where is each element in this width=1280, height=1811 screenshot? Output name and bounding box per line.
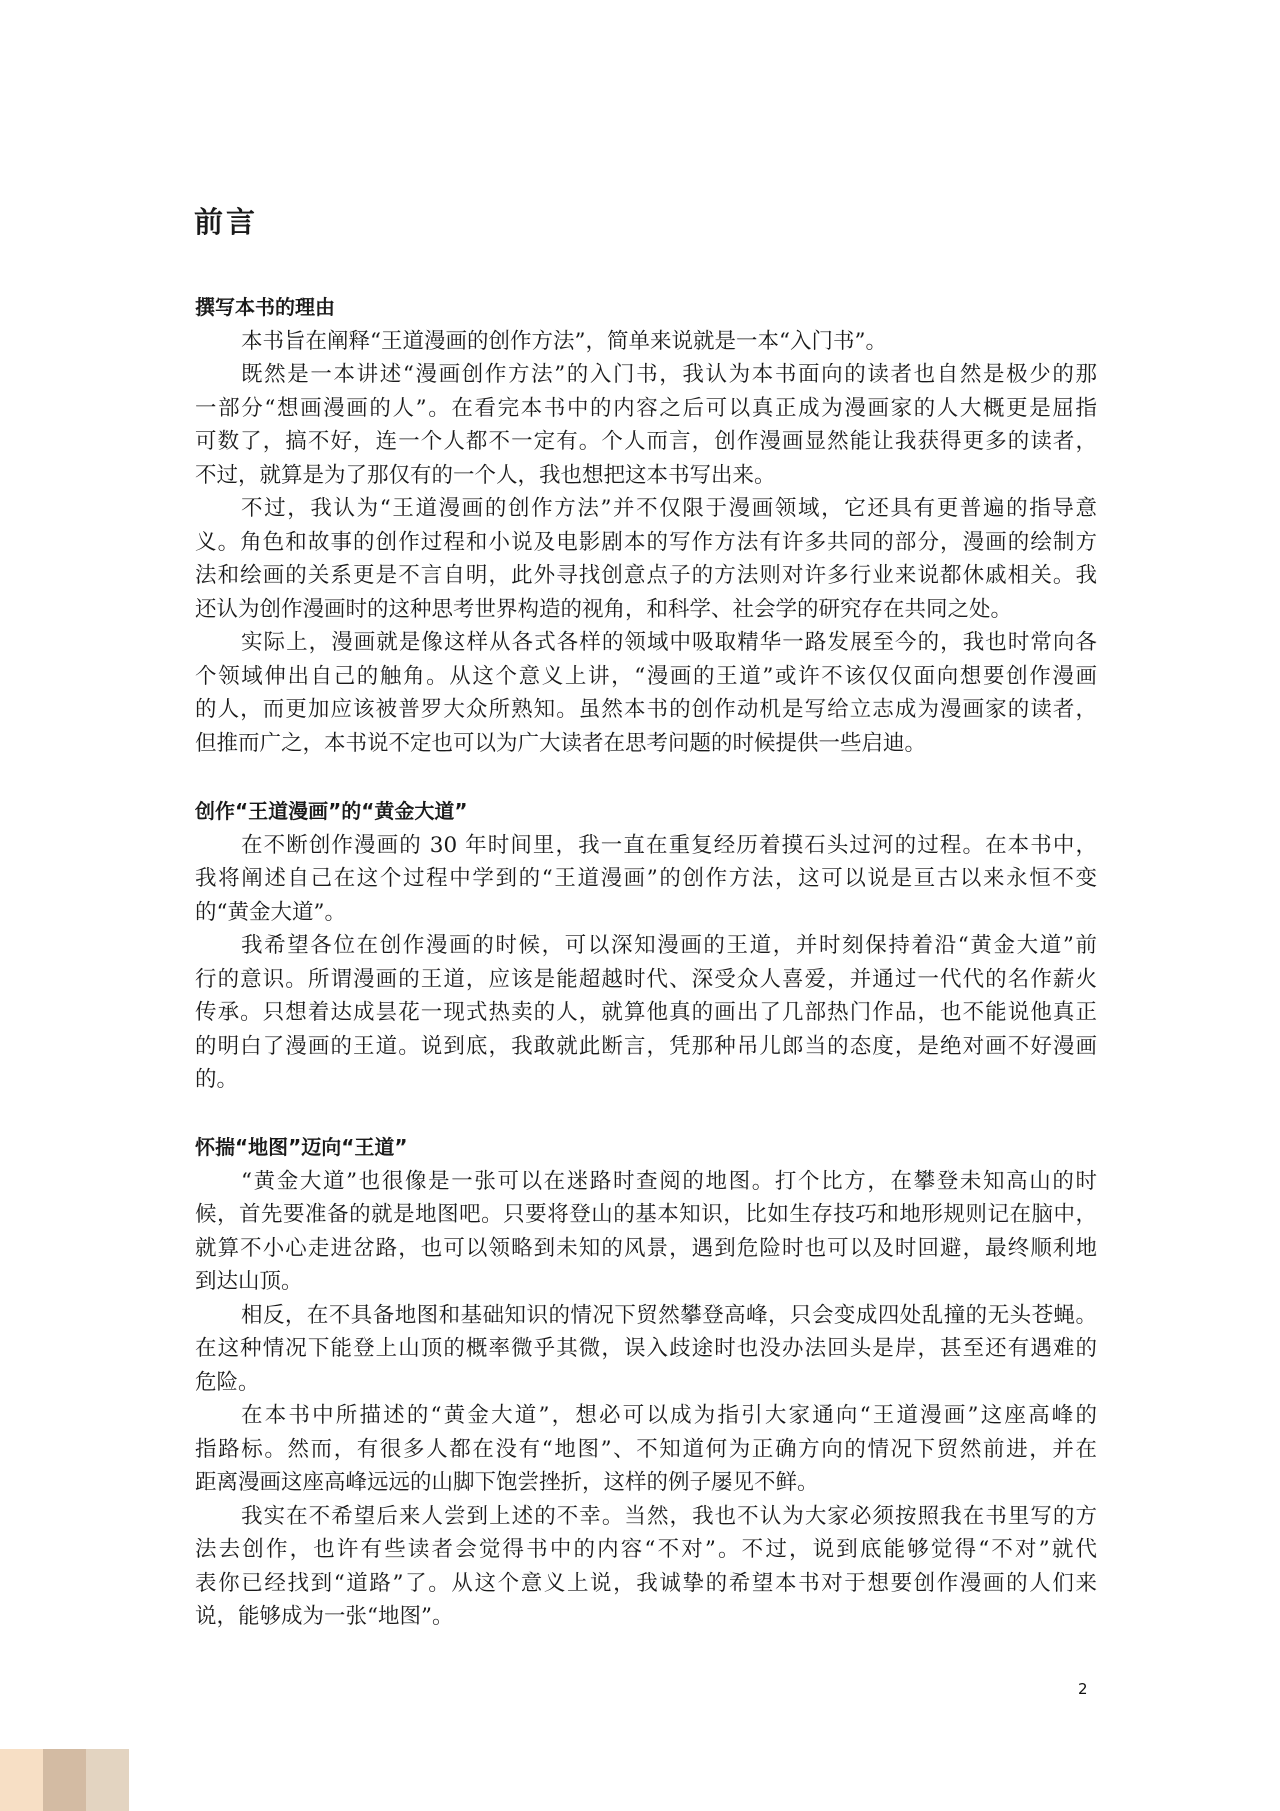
paragraph: 在本书中所描述的“黄金大道”，想必可以成为指引大家通向“王道漫画”这座高峰的 指… [195, 1399, 1097, 1500]
text-line: 危险。 [195, 1366, 1097, 1400]
section-heading: 怀揣“地图”迈向“王道” [195, 1131, 1097, 1165]
text-line: 义。角色和故事的创作过程和小说及电影剧本的写作方法有许多共同的部分，漫画的绘制方 [195, 526, 1097, 560]
color-bar [86, 1749, 129, 1811]
decorative-color-bars [0, 1749, 129, 1811]
text-line: 不过，就算是为了那仅有的一个人，我也想把这本书写出来。 [195, 459, 1097, 493]
text-line: 的“黄金大道”。 [195, 896, 1097, 930]
text-line: 的。 [195, 1063, 1097, 1097]
text-line: 法去创作，也许有些读者会觉得书中的内容“不对”。不过，说到底能够觉得“不对”就代 [195, 1533, 1097, 1567]
text-line: 还认为创作漫画时的这种思考世界构造的视角，和科学、社会学的研究存在共同之处。 [195, 593, 1097, 627]
color-bar [0, 1749, 43, 1811]
text-line: 一部分“想画漫画的人”。在看完本书中的内容之后可以真正成为漫画家的人大概更是屈指 [195, 392, 1097, 426]
color-bar [43, 1749, 86, 1811]
text-line: 到达山顶。 [195, 1265, 1097, 1299]
text-line: 行的意识。所谓漫画的王道，应该是能超越时代、深受众人喜爱，并通过一代代的名作薪火 [195, 963, 1097, 997]
text-line: 就算不小心走进岔路，也可以领略到未知的风景，遇到危险时也可以及时回避，最终顺利地 [195, 1232, 1097, 1266]
text-line: 说，能够成为一张“地图”。 [195, 1600, 1097, 1634]
page-number: 2 [1078, 1680, 1088, 1698]
text-line: “黄金大道”也很像是一张可以在迷路时查阅的地图。打个比方，在攀登未知高山的时 [195, 1165, 1097, 1199]
paragraph: 相反，在不具备地图和基础知识的情况下贸然攀登高峰，只会变成四处乱撞的无头苍蝇。 … [195, 1299, 1097, 1400]
section-golden-road: 创作“王道漫画”的“黄金大道” 在不断创作漫画的 30 年时间里，我一直在重复经… [195, 795, 1097, 1097]
paragraph: “黄金大道”也很像是一张可以在迷路时查阅的地图。打个比方，在攀登未知高山的时 候… [195, 1165, 1097, 1299]
text-line: 在本书中所描述的“黄金大道”，想必可以成为指引大家通向“王道漫画”这座高峰的 [195, 1399, 1097, 1433]
text-line: 我实在不希望后来人尝到上述的不幸。当然，我也不认为大家必须按照我在书里写的方 [195, 1500, 1097, 1534]
paragraph: 我实在不希望后来人尝到上述的不幸。当然，我也不认为大家必须按照我在书里写的方 法… [195, 1500, 1097, 1634]
paragraph: 在不断创作漫画的 30 年时间里，我一直在重复经历着摸石头过河的过程。在本书中，… [195, 829, 1097, 930]
text-line: 的人，而更加应该被普罗大众所熟知。虽然本书的创作动机是写给立志成为漫画家的读者， [195, 693, 1097, 727]
section-map-to-kingship: 怀揣“地图”迈向“王道” “黄金大道”也很像是一张可以在迷路时查阅的地图。打个比… [195, 1131, 1097, 1634]
text-line: 既然是一本讲述“漫画创作方法”的入门书，我认为本书面向的读者也自然是极少的那 [195, 358, 1097, 392]
page-title: 前言 [194, 204, 258, 240]
paragraph: 本书旨在阐释“王道漫画的创作方法”，简单来说就是一本“入门书”。 [195, 325, 1097, 359]
text-line: 实际上，漫画就是像这样从各式各样的领域中吸取精华一路发展至今的，我也时常向各 [195, 626, 1097, 660]
paragraph: 我希望各位在创作漫画的时候，可以深知漫画的王道，并时刻保持着沿“黄金大道”前 行… [195, 929, 1097, 1097]
text-line: 的明白了漫画的王道。说到底，我敢就此断言，凭那种吊儿郎当的态度，是绝对画不好漫画 [195, 1030, 1097, 1064]
text-line: 相反，在不具备地图和基础知识的情况下贸然攀登高峰，只会变成四处乱撞的无头苍蝇。 [195, 1299, 1097, 1333]
text-line: 传承。只想着达成昙花一现式热卖的人，就算他真的画出了几部热门作品，也不能说他真正 [195, 996, 1097, 1030]
text-line: 个领域伸出自己的触角。从这个意义上讲，“漫画的王道”或许不该仅仅面向想要创作漫画 [195, 660, 1097, 694]
text-line: 不过，我认为“王道漫画的创作方法”并不仅限于漫画领域，它还具有更普遍的指导意 [195, 492, 1097, 526]
text-line: 我将阐述自己在这个过程中学到的“王道漫画”的创作方法，这可以说是亘古以来永恒不变 [195, 862, 1097, 896]
text-line: 候，首先要准备的就是地图吧。只要将登山的基本知识，比如生存技巧和地形规则记在脑中… [195, 1198, 1097, 1232]
text-line: 指路标。然而，有很多人都在没有“地图”、不知道何为正确方向的情况下贸然前进，并在 [195, 1433, 1097, 1467]
text-line: 在这种情况下能登上山顶的概率微乎其微，误入歧途时也没办法回头是岸，甚至还有遇难的 [195, 1332, 1097, 1366]
section-heading: 撰写本书的理由 [195, 291, 1097, 325]
text-line: 我希望各位在创作漫画的时候，可以深知漫画的王道，并时刻保持着沿“黄金大道”前 [195, 929, 1097, 963]
text-line: 表你已经找到“道路”了。从这个意义上说，我诚挚的希望本书对于想要创作漫画的人们来 [195, 1567, 1097, 1601]
text-line: 可数了，搞不好，连一个人都不一定有。个人而言，创作漫画显然能让我获得更多的读者， [195, 425, 1097, 459]
section-heading: 创作“王道漫画”的“黄金大道” [195, 795, 1097, 829]
paragraph: 不过，我认为“王道漫画的创作方法”并不仅限于漫画领域，它还具有更普遍的指导意 义… [195, 492, 1097, 626]
text-line: 法和绘画的关系更是不言自明，此外寻找创意点子的方法则对许多行业来说都休戚相关。我 [195, 559, 1097, 593]
section-reason-for-writing: 撰写本书的理由 本书旨在阐释“王道漫画的创作方法”，简单来说就是一本“入门书”。… [195, 291, 1097, 760]
text-line: 但推而广之，本书说不定也可以为广大读者在思考问题的时候提供一些启迪。 [195, 727, 1097, 761]
paragraph: 既然是一本讲述“漫画创作方法”的入门书，我认为本书面向的读者也自然是极少的那 一… [195, 358, 1097, 492]
text-line: 在不断创作漫画的 30 年时间里，我一直在重复经历着摸石头过河的过程。在本书中， [195, 829, 1097, 863]
text-line: 本书旨在阐释“王道漫画的创作方法”，简单来说就是一本“入门书”。 [195, 325, 1097, 359]
paragraph: 实际上，漫画就是像这样从各式各样的领域中吸取精华一路发展至今的，我也时常向各 个… [195, 626, 1097, 760]
text-line: 距离漫画这座高峰远远的山脚下饱尝挫折，这样的例子屡见不鲜。 [195, 1466, 1097, 1500]
